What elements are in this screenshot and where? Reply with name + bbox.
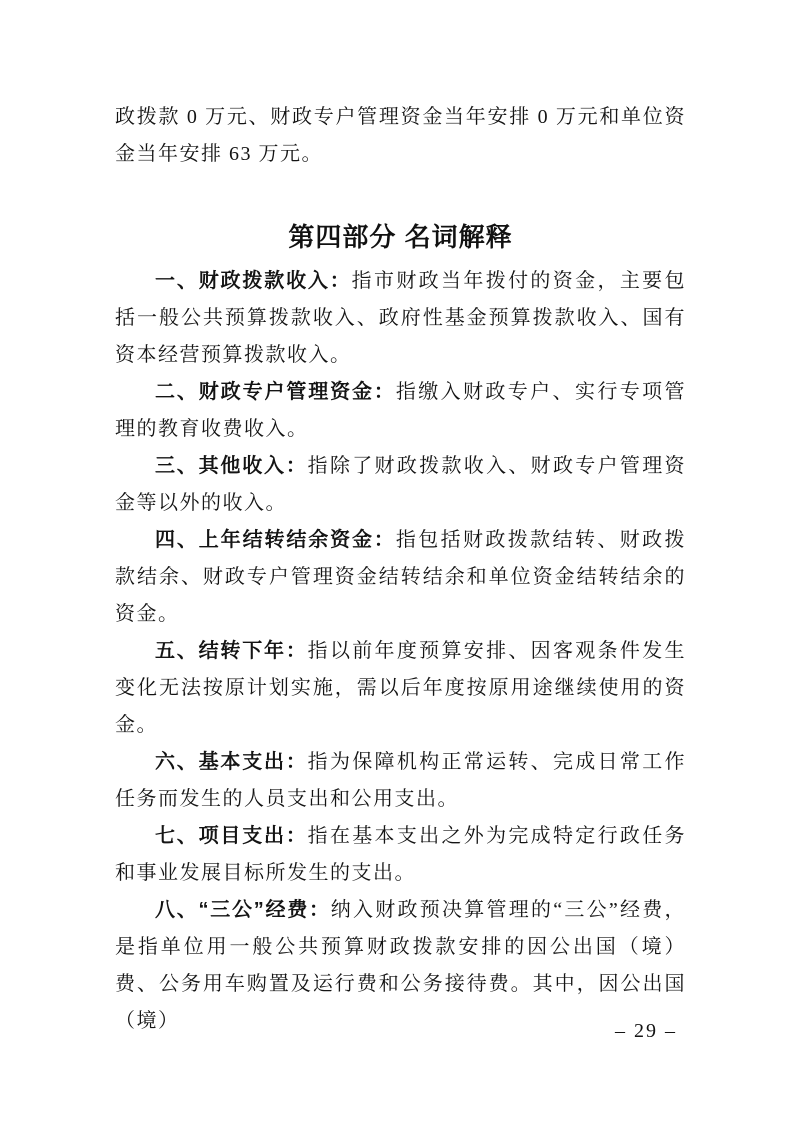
term-paragraph: 六、基本支出：指为保障机构正常运转、完成日常工作任务而发生的人员支出和公用支出。 [115, 744, 686, 818]
page-content: 政拨款 0 万元、财政专户管理资金当年安排 0 万元和单位资金当年安排 63 万… [115, 99, 686, 1040]
term-lead: 七、项目支出： [155, 825, 308, 847]
term-paragraph: 五、结转下年：指以前年度预算安排、因客观条件发生变化无法按原计划实施，需以后年度… [115, 633, 686, 744]
term-lead: 一、财政拨款收入： [155, 270, 352, 292]
term-paragraph: 二、财政专户管理资金：指缴入财政专户、实行专项管理的教育收费收入。 [115, 374, 686, 448]
term-lead: 二、财政专户管理资金： [155, 381, 396, 403]
term-lead: 六、基本支出： [155, 751, 308, 773]
term-lead: 四、上年结转结余资金： [155, 529, 396, 551]
paragraph-continuation: 政拨款 0 万元、财政专户管理资金当年安排 0 万元和单位资金当年安排 63 万… [115, 99, 686, 173]
term-paragraph: 四、上年结转结余资金：指包括财政拨款结转、财政拨款结余、财政专户管理资金结转结余… [115, 522, 686, 633]
term-lead: 八、“三公”经费： [155, 899, 331, 921]
term-paragraph: 三、其他收入：指除了财政拨款收入、财政专户管理资金等以外的收入。 [115, 448, 686, 522]
term-lead: 五、结转下年： [155, 640, 308, 662]
section-title: 第四部分 名词解释 [115, 215, 686, 259]
term-lead: 三、其他收入： [155, 455, 308, 477]
term-paragraph: 一、财政拨款收入：指市财政当年拨付的资金，主要包括一般公共预算拨款收入、政府性基… [115, 263, 686, 374]
document-page: 政拨款 0 万元、财政专户管理资金当年安排 0 万元和单位资金当年安排 63 万… [0, 0, 793, 1122]
page-number: – 29 – [600, 1016, 692, 1046]
term-paragraph: 七、项目支出：指在基本支出之外为完成特定行政任务和事业发展目标所发生的支出。 [115, 818, 686, 892]
